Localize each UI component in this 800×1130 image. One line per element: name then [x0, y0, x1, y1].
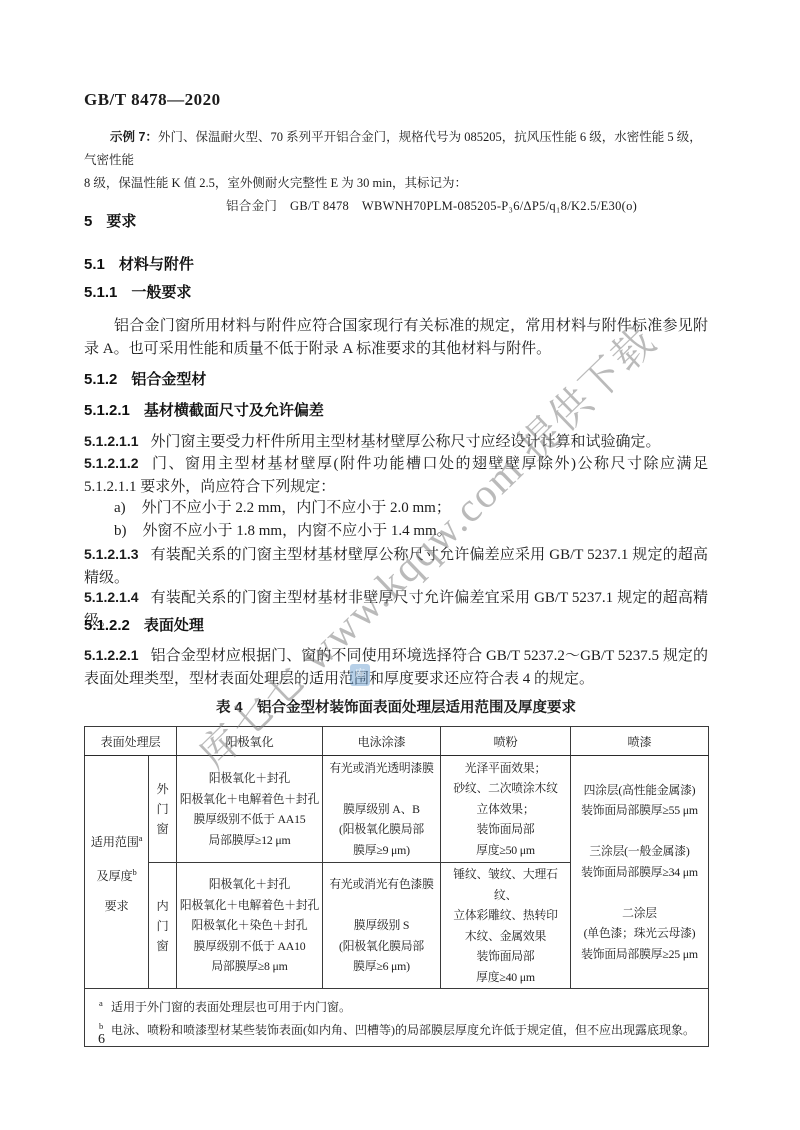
clause-5-1-2-1-1: 5.1.2.1.1外门窗主要受力杆件所用主型材基材壁厚公称尺寸应经设计计算和试验…: [84, 430, 708, 454]
electrophoretic-interior: 有光或消光有色漆膜 膜厚级别 S (阳极氧化膜局部 膜厚≥6 μm): [323, 863, 441, 989]
clause-5-1-2-1-2: 5.1.2.1.2门、窗用主型材基材壁厚(附件功能槽口处的翅壁壁厚除外)公称尺寸…: [84, 452, 708, 498]
example-7-block: 示例 7：外门、保温耐火型、70 系列平开铝合金门，规格代号为 085205，抗…: [84, 126, 708, 218]
col-header-spray-paint: 喷漆: [571, 727, 709, 756]
anodizing-interior: 阳极氧化＋封孔 阳极氧化＋电解着色＋封孔 阳极氧化＋染色＋封孔 膜厚级别不低于 …: [177, 863, 323, 989]
heading-5-1-1: 5.1.1一般要求: [84, 281, 708, 302]
clause-5-1-2-1-3: 5.1.2.1.3有装配关系的门窗主型材基材壁厚公称尺寸允许偏差应采用 GB/T…: [84, 543, 708, 589]
table-4: 表面处理层 阳极氧化 电泳涂漆 喷粉 喷漆 适用范围a 及厚度b 要求 外门窗 …: [84, 726, 709, 1047]
list-item-a: a)外门不应小于 2.2 mm，内门不应小于 2.0 mm；: [84, 497, 708, 520]
list-item-b: b)外窗不应小于 1.8 mm，内窗不应小于 1.4 mm。: [84, 520, 708, 543]
note-ref-a: a: [139, 833, 143, 843]
powder-exterior: 光泽平面效果； 砂纹、二次喷涂木纹 立体效果； 装饰面局部 厚度≥50 μm: [441, 756, 571, 863]
clause-5-1-2-2-1: 5.1.2.2.1铝合金型材应根据门、窗的不同使用环境选择符合 GB/T 523…: [84, 644, 708, 690]
table-row-exterior: 适用范围a 及厚度b 要求 外门窗 阳极氧化＋封孔 阳极氧化＋电解着色＋封孔 膜…: [85, 756, 709, 863]
example-line-1: 示例 7：外门、保温耐火型、70 系列平开铝合金门，规格代号为 085205，抗…: [84, 126, 708, 172]
heading-5-1-2-2: 5.1.2.2表面处理: [84, 614, 708, 635]
page-number: 6: [98, 1032, 138, 1048]
scope-interior: 内门窗: [149, 863, 177, 989]
scope-exterior: 外门窗: [149, 756, 177, 863]
heading-5-1-2-1: 5.1.2.1基材横截面尺寸及允许偏差: [84, 399, 708, 420]
anodizing-exterior: 阳极氧化＋封孔 阳极氧化＋电解着色＋封孔 膜厚级别不低于 AA15 局部膜厚≥1…: [177, 756, 323, 863]
heading-5-1-2: 5.1.2铝合金型材: [84, 368, 708, 389]
watermark-logo-icon: 库: [350, 664, 370, 686]
col-header-anodizing: 阳极氧化: [177, 727, 323, 756]
example-line-1-text: 外门、保温耐火型、70 系列平开铝合金门，规格代号为 085205，抗风压性能 …: [84, 130, 702, 167]
col-header-surface-layer: 表面处理层: [85, 727, 177, 756]
table-header-row: 表面处理层 阳极氧化 电泳涂漆 喷粉 喷漆: [85, 727, 709, 756]
spray-paint-merged: 四涂层(高性能金属漆) 装饰面局部膜厚≥55 μm 三涂层(一般金属漆) 装饰面…: [571, 756, 709, 989]
electrophoretic-exterior: 有光或消光透明漆膜 膜厚级别 A、B (阳极氧化膜局部 膜厚≥9 μm): [323, 756, 441, 863]
table-notes-row: a适用于外门窗的表面处理层也可用于内门窗。 b电泳、喷粉和喷漆型材某些装饰表面(…: [85, 989, 709, 1047]
col-header-powder: 喷粉: [441, 727, 571, 756]
example-line-2: 8 级，保温性能 K 值 2.5，室外侧耐火完整性 E 为 30 min，其标记…: [84, 172, 708, 195]
standard-number: GB/T 8478—2020: [84, 90, 708, 110]
table-note-b: b电泳、喷粉和喷漆型材某些装饰表面(如内角、凹槽等)的局部膜层厚度允许低于规定值…: [99, 1017, 700, 1040]
note-ref-b: b: [132, 867, 136, 877]
row-header-scope-thickness: 适用范围a 及厚度b 要求: [85, 756, 149, 989]
paragraph-5-1-1: 铝合金门窗所用材料与附件应符合国家现行有关标准的规定，常用材料与附件标准参见附录…: [84, 315, 708, 360]
powder-interior: 锤纹、皱纹、大理石纹、 立体彩雕纹、热转印 木纹、金属效果 装饰面局部 厚度≥4…: [441, 863, 571, 989]
heading-5: 5要求: [84, 210, 708, 231]
heading-5-1: 5.1材料与附件: [84, 253, 708, 274]
table-notes: a适用于外门窗的表面处理层也可用于内门窗。 b电泳、喷粉和喷漆型材某些装饰表面(…: [85, 989, 709, 1047]
document-page: 库七七 www.kqqw.com 提供下载 库 GB/T 8478—2020 示…: [0, 0, 800, 1130]
example-label: 示例 7：: [110, 130, 158, 144]
table-4-title: 表 4 铝合金型材装饰面表面处理层适用范围及厚度要求: [84, 696, 708, 717]
table-note-a: a适用于外门窗的表面处理层也可用于内门窗。: [99, 994, 700, 1017]
col-header-electrophoretic: 电泳涂漆: [323, 727, 441, 756]
